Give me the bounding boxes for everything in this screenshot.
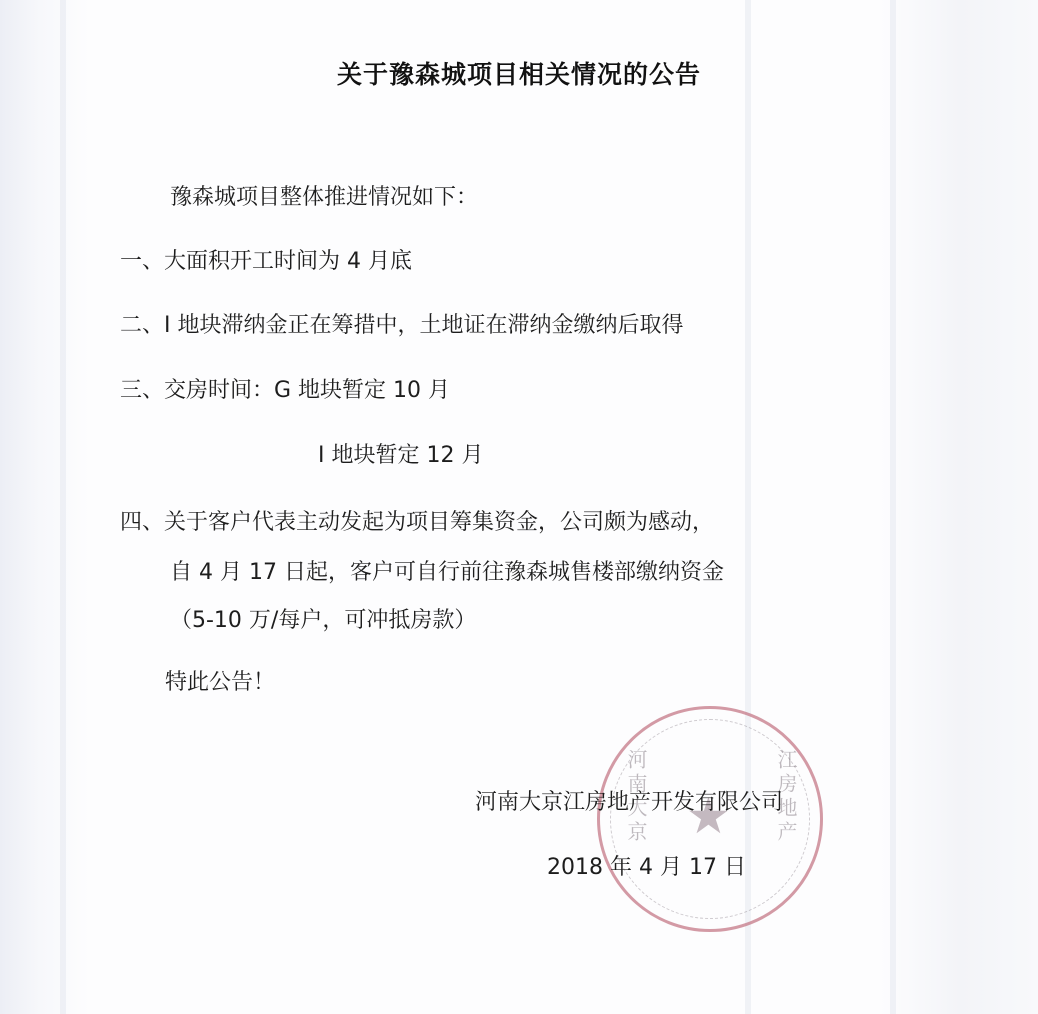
- scan-streak: [60, 0, 66, 1014]
- scan-streak: [890, 0, 896, 1014]
- item-2: 二、I 地块滞纳金正在筹措中，土地证在滞纳金缴纳后取得: [120, 308, 683, 339]
- item-4: 四、关于客户代表主动发起为项目筹集资金，公司颇为感动，: [120, 505, 714, 536]
- intro-text: 豫森城项目整体推进情况如下：: [170, 180, 478, 211]
- document-date: 2018 年 4 月 17 日: [547, 850, 746, 881]
- item-4-line-2: 自 4 月 17 日起，客户可自行前往豫森城售楼部缴纳资金: [170, 555, 724, 586]
- document-title: 关于豫森城项目相关情况的公告: [0, 55, 1038, 91]
- company-name: 河南大京江房地产开发有限公司: [475, 785, 783, 816]
- closing-text: 特此公告！: [165, 665, 275, 696]
- document-page: 关于豫森城项目相关情况的公告 豫森城项目整体推进情况如下： 一、大面积开工时间为…: [0, 0, 1038, 1014]
- item-4-line-3: （5-10 万/每户，可冲抵房款）: [170, 603, 476, 634]
- item-3: 三、交房时间：G 地块暂定 10 月: [120, 373, 450, 404]
- item-1: 一、大面积开工时间为 4 月底: [120, 244, 412, 275]
- item-3-continuation: I 地块暂定 12 月: [318, 438, 483, 469]
- company-seal-stamp: ★ 河南大京 江房地产: [597, 706, 823, 932]
